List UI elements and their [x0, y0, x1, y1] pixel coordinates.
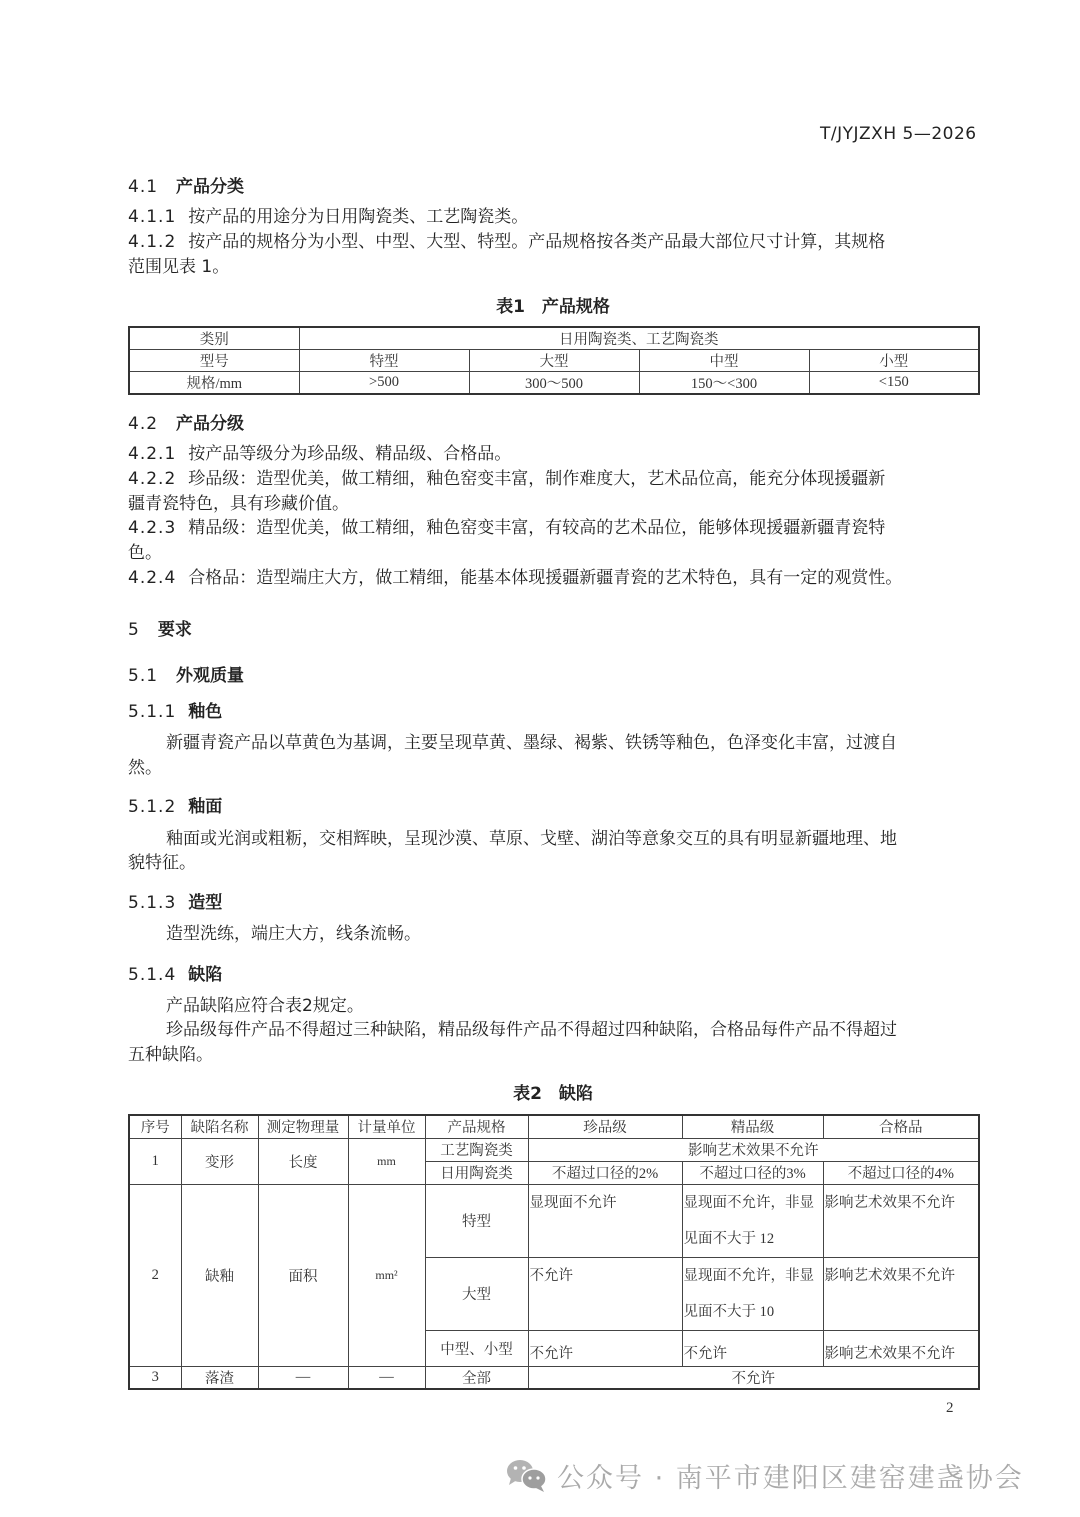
cell-unit: mm² [348, 1184, 425, 1366]
header-spec: 产品规格 [425, 1115, 528, 1138]
cell-value: 小型 [809, 350, 979, 372]
cell-no: 2 [129, 1184, 181, 1366]
section-5-1-4-heading: 5.1.4缺陷 [128, 960, 222, 985]
clause-4-1-2-cont: 范围见表 1。 [128, 255, 229, 280]
cell-unit: mm [348, 1138, 425, 1184]
clause-5-1-2-text: 釉面或光润或粗粝，交相辉映，呈现沙漠、草原、戈壁、湖泊等意象交互的具有明显新疆地… [166, 827, 897, 852]
cell-treasure: 不允许 [528, 1257, 682, 1330]
watermark-text: 公众号 · 南平市建阳区建窑建盏协会 [557, 1456, 1024, 1495]
section-4-1-heading: 4.1产品分类 [128, 172, 244, 197]
cell-label: 类别 [129, 327, 299, 350]
clause-5-1-4-text2: 珍品级每件产品不得超过三种缺陷，精品级每件产品不得超过四种缺陷，合格品每件产品不… [166, 1018, 897, 1043]
section-4-2-heading: 4.2产品分级 [128, 409, 244, 434]
header-treasure-grade: 珍品级 [528, 1115, 682, 1138]
cell-quantity: 面积 [258, 1184, 348, 1366]
cell-label: 型号 [129, 350, 299, 372]
clause-4-2-2: 4.2.2珍品级：造型优美，做工精细，釉色窑变丰富，制作难度大，艺术品位高，能充… [128, 467, 885, 492]
cell-merged: 不允许 [528, 1366, 979, 1389]
cell-value: >500 [299, 372, 469, 395]
cell-quantity: — [258, 1366, 348, 1389]
section-5-1-3-heading: 5.1.3造型 [128, 888, 222, 913]
table-1-caption: 表1 产品规格 [128, 292, 978, 317]
cell-value: 300～500 [469, 372, 639, 395]
section-5-heading: 5要求 [128, 615, 192, 640]
cell-quantity: 长度 [258, 1138, 348, 1184]
cell-label: 规格/mm [129, 372, 299, 395]
table-row: 2 缺釉 面积 mm² 特型 显现面不允许 显现面不允许，非显见面不大于 12 … [129, 1184, 979, 1257]
cell-fine: 显现面不允许，非显见面不大于 12 [682, 1184, 823, 1257]
cell-treasure: 不允许 [528, 1330, 682, 1366]
section-5-1-2-heading: 5.1.2釉面 [128, 792, 222, 817]
watermark: 公众号 · 南平市建阳区建窑建盏协会 [505, 1455, 1024, 1495]
table-2-caption: 表2 缺陷 [128, 1079, 978, 1104]
cell-fine: 不允许 [682, 1330, 823, 1366]
table-row: 型号 特型 大型 中型 小型 [129, 350, 979, 372]
clause-4-2-3: 4.2.3精品级：造型优美，做工精细，釉色窑变丰富，有较高的艺术品位，能够体现援… [128, 516, 885, 541]
section-5-1-1-heading: 5.1.1釉色 [128, 697, 222, 722]
cell-qualified: 影响艺术效果不允许 [823, 1184, 979, 1257]
cell-spec: 大型 [425, 1257, 528, 1330]
cell-unit: — [348, 1366, 425, 1389]
clause-4-2-2-cont: 疆青瓷特色，具有珍藏价值。 [128, 492, 349, 517]
clause-4-2-3-cont: 色。 [128, 541, 162, 566]
section-5-1-heading: 5.1外观质量 [128, 661, 244, 686]
table-2-defects: 序号 缺陷名称 测定物理量 计量单位 产品规格 珍品级 精品级 合格品 1 变形… [128, 1114, 980, 1390]
cell-value: 特型 [299, 350, 469, 372]
header-fine-grade: 精品级 [682, 1115, 823, 1138]
clause-4-1-1: 4.1.1按产品的用途分为日用陶瓷类、工艺陶瓷类。 [128, 205, 528, 230]
table-row: 3 落渣 — — 全部 不允许 [129, 1366, 979, 1389]
cell-spec: 全部 [425, 1366, 528, 1389]
cell-qualified: 不超过口径的4% [823, 1161, 979, 1184]
cell-value: 150～<300 [639, 372, 809, 395]
header-qualified-grade: 合格品 [823, 1115, 979, 1138]
cell-value: <150 [809, 372, 979, 395]
cell-qualified: 影响艺术效果不允许 [823, 1330, 979, 1366]
cell-fine: 不超过口径的3% [682, 1161, 823, 1184]
table-header-row: 序号 缺陷名称 测定物理量 计量单位 产品规格 珍品级 精品级 合格品 [129, 1115, 979, 1138]
cell-no: 3 [129, 1366, 181, 1389]
cell-merged: 影响艺术效果不允许 [528, 1138, 979, 1161]
clause-5-1-4-text1: 产品缺陷应符合表2规定。 [166, 994, 364, 1019]
header-unit: 计量单位 [348, 1115, 425, 1138]
header-no: 序号 [129, 1115, 181, 1138]
clause-5-1-4-cont2: 五种缺陷。 [128, 1043, 213, 1068]
clause-4-1-2: 4.1.2按产品的规格分为小型、中型、大型、特型。产品规格按各类产品最大部位尺寸… [128, 230, 885, 255]
cell-spec: 特型 [425, 1184, 528, 1257]
table-row: 类别 日用陶瓷类、工艺陶瓷类 [129, 327, 979, 350]
clause-5-1-2-cont: 貌特征。 [128, 851, 196, 876]
standard-code: T/JYJZXH 5—2026 [820, 124, 977, 144]
cell-spec: 工艺陶瓷类 [425, 1138, 528, 1161]
clause-5-1-3-text: 造型洗练，端庄大方，线条流畅。 [166, 922, 421, 947]
cell-fine: 显现面不允许，非显见面不大于 10 [682, 1257, 823, 1330]
cell-treasure: 显现面不允许 [528, 1184, 682, 1257]
table-row: 规格/mm >500 300～500 150～<300 <150 [129, 372, 979, 395]
table-row: 1 变形 长度 mm 工艺陶瓷类 影响艺术效果不允许 [129, 1138, 979, 1161]
cell-spec: 日用陶瓷类 [425, 1161, 528, 1184]
cell-value: 大型 [469, 350, 639, 372]
cell-value: 日用陶瓷类、工艺陶瓷类 [299, 327, 979, 350]
cell-defect-name: 变形 [181, 1138, 258, 1184]
cell-defect-name: 缺釉 [181, 1184, 258, 1366]
cell-qualified: 影响艺术效果不允许 [823, 1257, 979, 1330]
cell-value: 中型 [639, 350, 809, 372]
clause-4-2-1: 4.2.1按产品等级分为珍品级、精品级、合格品。 [128, 442, 511, 467]
cell-treasure: 不超过口径的2% [528, 1161, 682, 1184]
clause-5-1-1-cont: 然。 [128, 756, 162, 781]
clause-4-2-4: 4.2.4合格品：造型端庄大方，做工精细，能基本体现援疆新疆青瓷的艺术特色，具有… [128, 566, 902, 591]
cell-no: 1 [129, 1138, 181, 1184]
header-quantity: 测定物理量 [258, 1115, 348, 1138]
header-defect-name: 缺陷名称 [181, 1115, 258, 1138]
wechat-icon [505, 1457, 549, 1493]
page-number: 2 [946, 1400, 954, 1417]
clause-5-1-1-text: 新疆青瓷产品以草黄色为基调，主要呈现草黄、墨绿、褐紫、铁锈等釉色，色泽变化丰富，… [166, 731, 897, 756]
cell-spec: 中型、小型 [425, 1330, 528, 1366]
cell-defect-name: 落渣 [181, 1366, 258, 1389]
table-1-product-specs: 类别 日用陶瓷类、工艺陶瓷类 型号 特型 大型 中型 小型 规格/mm >500… [128, 326, 980, 395]
